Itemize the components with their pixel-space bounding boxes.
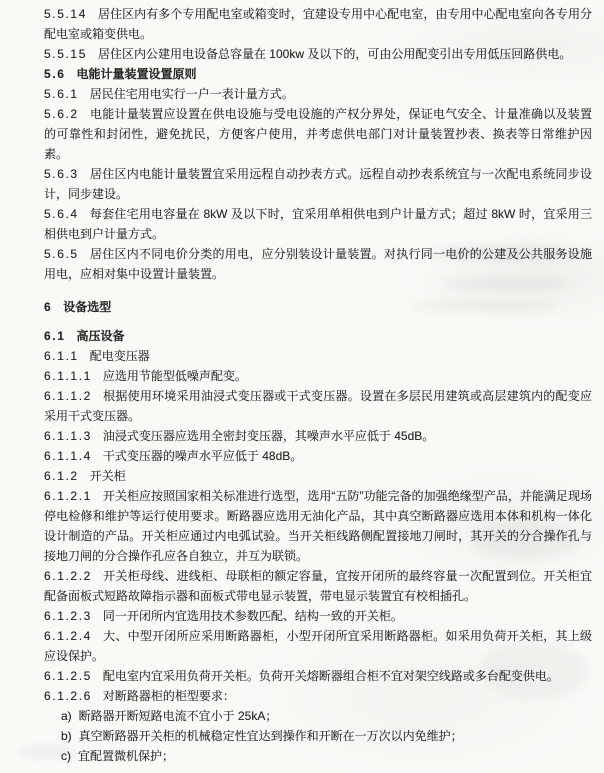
- clause-number: 5.6.1: [44, 87, 79, 101]
- clause-text: 大、中型开闭所应采用断路器柜，小型开闭所宜采用断路器柜。如采用负荷开关柜，其上级…: [44, 629, 592, 663]
- clause-number: 6.1: [44, 329, 65, 343]
- clause-6-1-2-5: 6.1.2.5配电室内宜采用负荷开关柜。负荷开关熔断器组合柜不宜对架空线路或多台…: [44, 666, 592, 686]
- clause-number: 6.1.1: [44, 349, 79, 363]
- clause-6-1: 6.1高压设备: [44, 326, 592, 346]
- clause-number: 6.1.2: [44, 469, 79, 483]
- clause-number: 6.1.2.1: [44, 489, 92, 503]
- clause-6-1-1-1: 6.1.1.1应选用节能型低噪声配变。: [44, 366, 592, 386]
- clause-text: 油浸式变压器应选用全密封变压器，其噪声水平应低于 45dB。: [103, 429, 434, 443]
- clause-number: b): [61, 729, 72, 743]
- clause-text: 居民住宅用电实行一户一表计量方式。: [90, 87, 294, 101]
- clause-text: 开关柜应按照国家相关标准进行选型，选用“五防”功能完备的加强绝缘型产品，并能满足…: [44, 489, 592, 563]
- clause-6-1-1: 6.1.1配电变压器: [44, 346, 592, 366]
- clause-text: 居住区内电能计量装置宜采用远程自动抄表方式。远程自动抄表系统宜与一次配电系统同步…: [44, 167, 592, 201]
- clause-6: 6设备选型: [44, 297, 592, 317]
- document-page: 5.5.14居住区内有多个专用配电室或箱变时，宜建设专用中心配电室，由专用中心配…: [0, 0, 604, 773]
- clause-text: 开关柜母线、进线柜、母联柜的额定容量，宜按开闭所的最终容量一次配置到位。开关柜宜…: [44, 569, 592, 603]
- clause-5-6-1: 5.6.1居民住宅用电实行一户一表计量方式。: [44, 84, 592, 104]
- clause-number: 5.5.15: [44, 47, 87, 61]
- clause-5-6-2: 5.6.2电能计量装置应设置在供电设施与受电设施的产权分界处，保证电气安全、计量…: [44, 104, 592, 164]
- clause-6-1-1-4: 6.1.1.4干式变压器的噪声水平应低于 48dB。: [44, 446, 592, 466]
- clause-text: 配电变压器: [90, 349, 150, 363]
- clause-number: 6.1.1.3: [44, 429, 92, 443]
- clause-5-6-5: 5.6.5居住区内不同电价分类的用电，应分别装设计量装置。对执行同一电价的公建及…: [44, 244, 592, 284]
- clause-5-6-4: 5.6.4每套住宅用电容量在 8kW 及以下时，宜采用单相供电到户计量方式；超过…: [44, 204, 592, 244]
- clause-text: 真空断路器开关柜的机械稳定性宜达到操作和开断在一万次以内免维护；: [79, 729, 463, 743]
- clause-number: 6.1.2.6: [44, 689, 92, 703]
- clause-number: 6.1.2.5: [44, 669, 92, 683]
- clause-text: 每套住宅用电容量在 8kW 及以下时，宜采用单相供电到户计量方式；超过 8kW …: [44, 207, 592, 241]
- clause-text: 同一开闭所内宜选用技术参数匹配、结构一致的开关柜。: [103, 609, 403, 623]
- clause-number: a): [61, 709, 72, 723]
- clause-number: 6: [44, 300, 52, 314]
- clause-number: 6.1.1.4: [44, 449, 92, 463]
- clause-b: b)真空断路器开关柜的机械稳定性宜达到操作和开断在一万次以内免维护；: [44, 726, 592, 746]
- clause-number: 5.6: [44, 67, 65, 81]
- clause-6-1-2-2: 6.1.2.2开关柜母线、进线柜、母联柜的额定容量，宜按开闭所的最终容量一次配置…: [44, 566, 592, 606]
- clause-text: 干式变压器的噪声水平应低于 48dB。: [103, 449, 302, 463]
- clause-c: c)宜配置微机保护；: [44, 746, 592, 766]
- clause-text: 宜配置微机保护；: [78, 749, 174, 763]
- clause-6-1-2-1: 6.1.2.1开关柜应按照国家相关标准进行选型，选用“五防”功能完备的加强绝缘型…: [44, 486, 592, 566]
- clause-5-6: 5.6电能计量装置设置原则: [44, 64, 592, 84]
- clause-6-1-2-4: 6.1.2.4大、中型开闭所应采用断路器柜，小型开闭所宜采用断路器柜。如采用负荷…: [44, 626, 592, 666]
- clause-number: 6.1.1.2: [44, 389, 92, 403]
- clause-text: 居住区内公建用电设备总容量在 100kw 及以下的，可由公用配变引出专用低压回路…: [98, 47, 571, 61]
- clause-6-1-2: 6.1.2开关柜: [44, 466, 592, 486]
- clause-number: 6.1.2.3: [44, 609, 92, 623]
- clause-5-6-3: 5.6.3居住区内电能计量装置宜采用远程自动抄表方式。远程自动抄表系统宜与一次配…: [44, 164, 592, 204]
- clause-number: 5.6.2: [44, 107, 79, 121]
- clause-text: 根据使用环境采用油浸式变压器或干式变压器。设置在多层民用建筑或高层建筑内的配变应…: [44, 389, 592, 423]
- clause-text: 居住区内有多个专用配电室或箱变时，宜建设专用中心配电室，由专用中心配电室向各专用…: [44, 7, 592, 41]
- document-body: 5.5.14居住区内有多个专用配电室或箱变时，宜建设专用中心配电室，由专用中心配…: [0, 0, 604, 766]
- clause-text: 居住区内不同电价分类的用电，应分别装设计量装置。对执行同一电价的公建及公共服务设…: [44, 247, 592, 281]
- clause-number: 6.1.1.1: [44, 369, 92, 383]
- clause-number: c): [61, 749, 71, 763]
- clause-text: 开关柜: [90, 469, 126, 483]
- clause-text: 电能计量装置应设置在供电设施与受电设施的产权分界处，保证电气安全、计量准确以及装…: [44, 107, 592, 161]
- clause-text: 对断路器柜的柜型要求：: [103, 689, 235, 703]
- clause-6-1-1-2: 6.1.1.2根据使用环境采用油浸式变压器或干式变压器。设置在多层民用建筑或高层…: [44, 386, 592, 426]
- clause-text: 高压设备: [76, 329, 124, 343]
- clause-number: 6.1.2.4: [44, 629, 92, 643]
- clause-text: 设备选型: [63, 300, 111, 314]
- clause-number: 5.6.3: [44, 167, 79, 181]
- clause-5-5-14: 5.5.14居住区内有多个专用配电室或箱变时，宜建设专用中心配电室，由专用中心配…: [44, 4, 592, 44]
- clause-6-1-2-6: 6.1.2.6对断路器柜的柜型要求：: [44, 686, 592, 706]
- clause-number: 6.1.2.2: [44, 569, 92, 583]
- clause-6-1-1-3: 6.1.1.3油浸式变压器应选用全密封变压器，其噪声水平应低于 45dB。: [44, 426, 592, 446]
- clause-6-1-2-3: 6.1.2.3同一开闭所内宜选用技术参数匹配、结构一致的开关柜。: [44, 606, 592, 626]
- clause-number: 5.5.14: [44, 7, 87, 21]
- clause-text: 配电室内宜采用负荷开关柜。负荷开关熔断器组合柜不宜对架空线路或多台配变供电。: [103, 669, 559, 683]
- clause-number: 5.6.5: [44, 247, 79, 261]
- clause-text: 断路器开断短路电流不宜小于 25kA；: [79, 709, 278, 723]
- clause-text: 电能计量装置设置原则: [76, 67, 196, 81]
- clause-5-5-15: 5.5.15居住区内公建用电设备总容量在 100kw 及以下的，可由公用配变引出…: [44, 44, 592, 64]
- clause-a: a)断路器开断短路电流不宜小于 25kA；: [44, 706, 592, 726]
- clause-text: 应选用节能型低噪声配变。: [103, 369, 247, 383]
- clause-number: 5.6.4: [44, 207, 79, 221]
